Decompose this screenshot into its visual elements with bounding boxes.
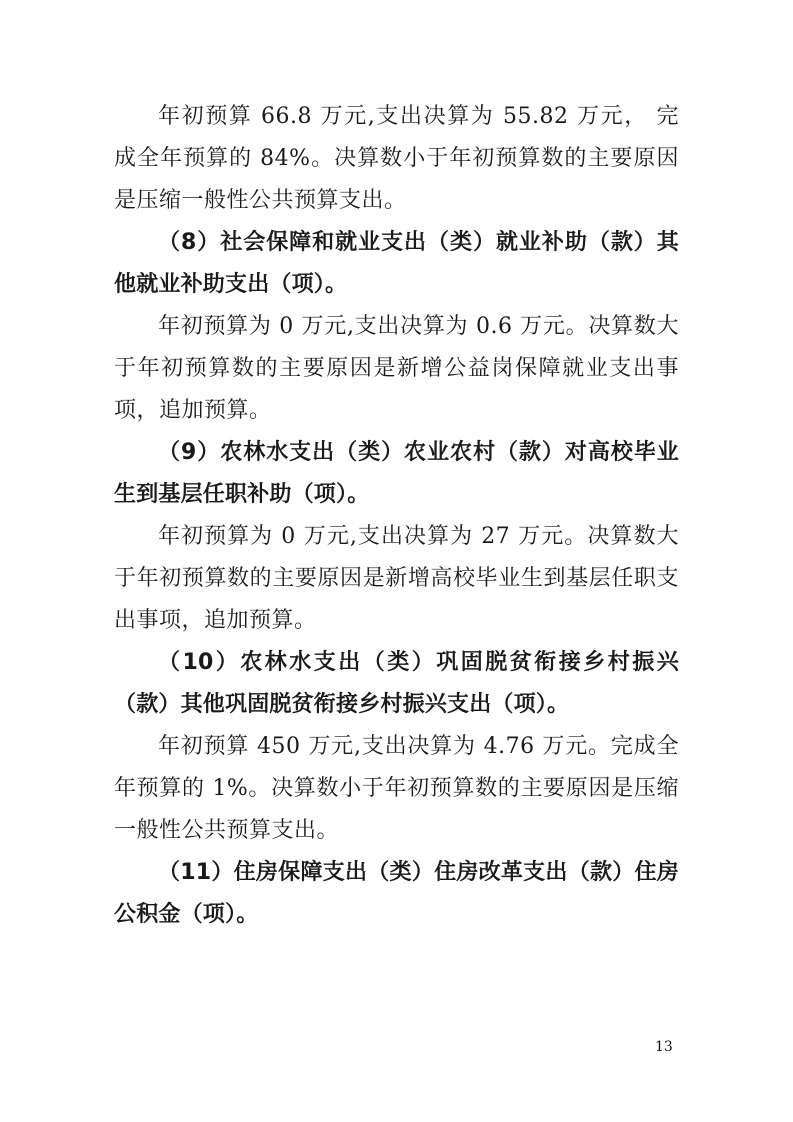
paragraph: 年初预算 450 万元,支出决算为 4.76 万元。完成全年预算的 1%。决算数… [114,726,679,852]
section-heading: （9）农林水支出（类）农业农村（款）对高校毕业生到基层任职补助（项）。 [114,432,679,516]
page-number: 13 [655,1038,673,1056]
document-page: 年初预算 66.8 万元,支出决算为 55.82 万元， 完成全年预算的 84%… [0,0,793,1122]
paragraph: 年初预算为 0 万元,支出决算为 0.6 万元。决算数大于年初预算数的主要原因是… [114,306,679,432]
section-heading: （11）住房保障支出（类）住房改革支出（款）住房公积金（项）。 [114,852,679,936]
section-heading: （10）农林水支出（类）巩固脱贫衔接乡村振兴（款）其他巩固脱贫衔接乡村振兴支出（… [114,642,679,726]
section-heading: （8）社会保障和就业支出（类）就业补助（款）其他就业补助支出（项）。 [114,222,679,306]
paragraph: 年初预算 66.8 万元,支出决算为 55.82 万元， 完成全年预算的 84%… [114,96,679,222]
document-body: 年初预算 66.8 万元,支出决算为 55.82 万元， 完成全年预算的 84%… [114,96,679,936]
paragraph: 年初预算为 0 万元,支出决算为 27 万元。决算数大于年初预算数的主要原因是新… [114,516,679,642]
